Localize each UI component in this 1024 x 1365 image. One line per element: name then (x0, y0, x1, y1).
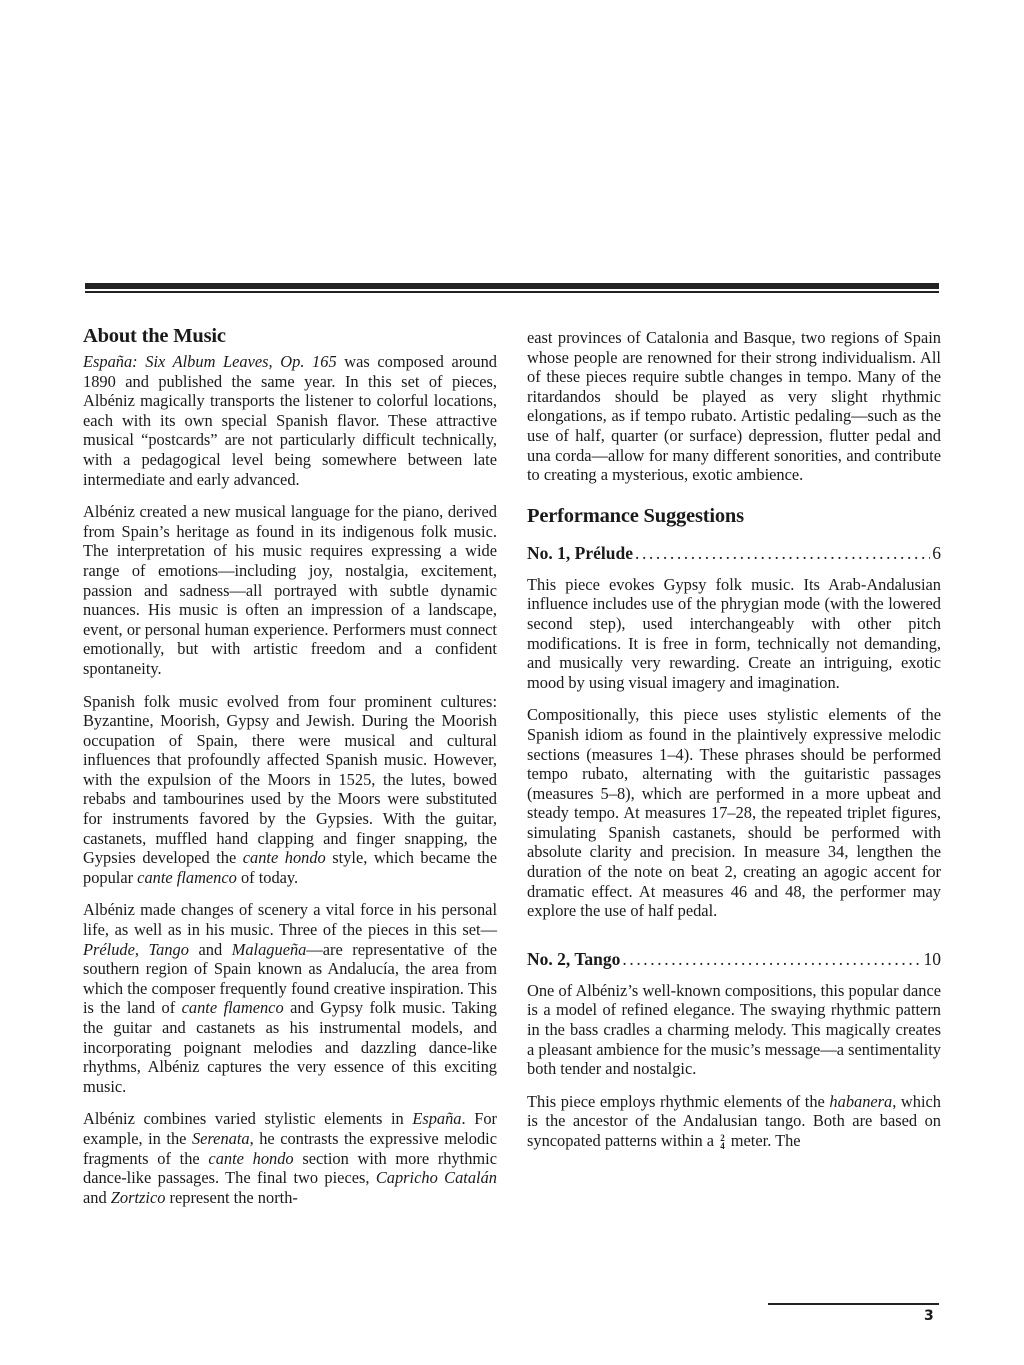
left-column: About the Music España: Six Album Leaves… (83, 324, 497, 1220)
piece-title: No. 1, Prélude (527, 542, 633, 564)
term-cante-flamenco: cante flamenco (182, 998, 284, 1017)
piece-malaguena: Malagueña (232, 940, 307, 959)
piece-heading-prelude: No. 1, Prélude 6 (527, 542, 941, 564)
piece-serenata: Serenata (192, 1129, 250, 1148)
piece-prelude: Prélude (83, 940, 135, 959)
about-music-heading: About the Music (83, 324, 497, 348)
piece-heading-tango: No. 2, Tango 10 (527, 948, 941, 970)
tango-paragraph-2: This piece employs rhythmic elements of … (527, 1092, 941, 1151)
work-espana: España (412, 1109, 461, 1128)
piece-zortzico: Zortzico (111, 1188, 166, 1207)
dot-leader (635, 542, 930, 564)
prelude-paragraph-1: This piece evokes Gypsy folk music. Its … (527, 575, 941, 693)
about-paragraph-3: Spanish folk music evolved from four pro… (83, 692, 497, 888)
piece-title: No. 2, Tango (527, 948, 620, 970)
header-rule-thin (85, 291, 939, 293)
tango-paragraph-1: One of Albéniz’s well-known compositions… (527, 981, 941, 1079)
term-cante-hondo: cante hondo (243, 848, 326, 867)
about-paragraph-1: España: Six Album Leaves, Op. 165 was co… (83, 352, 497, 489)
page-number: 3 (924, 1308, 934, 1324)
performance-suggestions-heading: Performance Suggestions (527, 504, 941, 528)
piece-page-number: 10 (924, 948, 942, 970)
term-cante-flamenco: cante flamenco (137, 868, 237, 887)
term-habanera: habanera (829, 1092, 892, 1111)
time-signature-icon: 24 (720, 1134, 725, 1150)
piece-tango: Tango (149, 940, 189, 959)
piece-page-number: 6 (932, 542, 941, 564)
header-rule-thick (85, 283, 939, 289)
about-paragraph-4: Albéniz made changes of scenery a vital … (83, 900, 497, 1096)
prelude-paragraph-2: Compositionally, this piece uses stylist… (527, 705, 941, 921)
work-title: España: Six Album Leaves, Op. 165 (83, 352, 337, 371)
right-column: east provinces of Catalonia and Basque, … (527, 328, 941, 1164)
about-paragraph-6: east provinces of Catalonia and Basque, … (527, 328, 941, 485)
piece-capricho-catalan: Capricho Catalán (376, 1168, 497, 1187)
about-paragraph-2: Albéniz created a new musical language f… (83, 502, 497, 678)
dot-leader (622, 948, 921, 970)
footer-rule (768, 1303, 939, 1305)
about-paragraph-5: Albéniz combines varied stylistic elemen… (83, 1109, 497, 1207)
term-cante-hondo: cante hondo (208, 1149, 293, 1168)
